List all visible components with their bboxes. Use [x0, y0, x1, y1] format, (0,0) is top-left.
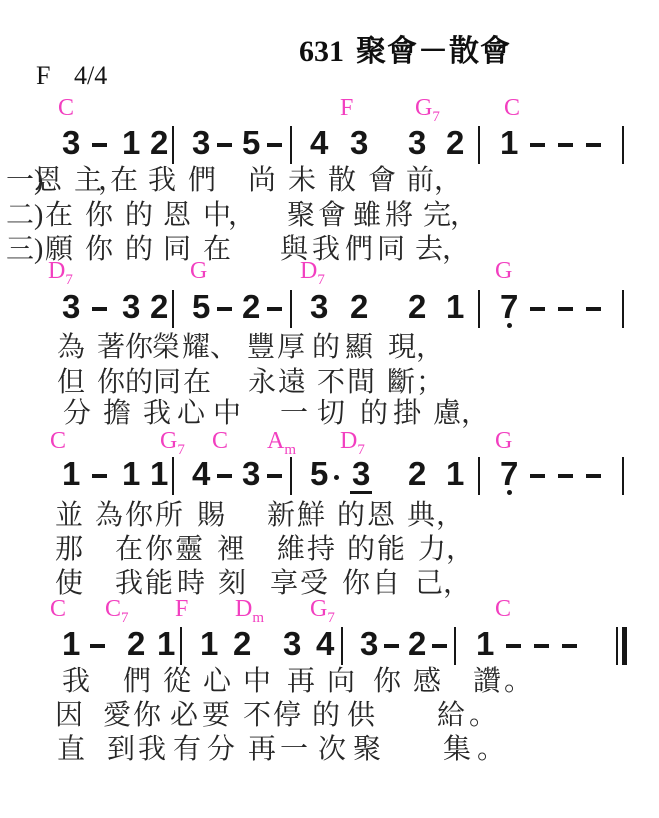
- chord-subscript: 7: [317, 272, 325, 288]
- duration-dash: [558, 143, 573, 147]
- lyric-char: 你: [373, 667, 401, 696]
- lyric-char: 從: [163, 667, 191, 696]
- duration-dash: [217, 474, 232, 478]
- lyric-char: 新: [267, 501, 295, 530]
- lyric-char: 賜: [197, 501, 225, 530]
- note-digit: 5: [242, 126, 260, 159]
- lyric-char: 心: [203, 667, 231, 696]
- lyric-char: 受: [300, 569, 328, 598]
- lyric-char: 完: [423, 201, 451, 230]
- chord-subscript: 7: [432, 109, 440, 125]
- lyric-char: 為: [57, 333, 85, 362]
- note-digit: 3: [122, 290, 140, 323]
- lyric-char: 的: [347, 535, 375, 564]
- lyric-char: 因: [55, 701, 83, 730]
- duration-dash: [530, 474, 545, 478]
- chord-subscript: 7: [177, 442, 185, 458]
- lyric-char: 的: [125, 368, 153, 397]
- note-digit: 1: [500, 126, 518, 159]
- duration-dash: [217, 143, 232, 147]
- note-digit: 1: [446, 457, 464, 490]
- lyric-char: 你: [85, 201, 113, 230]
- key-signature: F: [36, 61, 50, 91]
- lyric-char: 己: [415, 569, 443, 598]
- duration-dash: [432, 644, 447, 648]
- lyric-char: 。: [477, 735, 505, 764]
- lyric-char: 們: [123, 667, 151, 696]
- lyric-char: 力: [418, 535, 446, 564]
- note-digit: 1: [62, 627, 80, 660]
- barline: [622, 290, 624, 328]
- chord-symbol-G7: G7: [415, 95, 440, 121]
- lyric-char: 你: [145, 535, 173, 564]
- lyric-char: 為: [95, 501, 123, 530]
- note-digit: 2: [408, 627, 426, 660]
- lyric-char: 靈: [175, 535, 203, 564]
- note-digit: 4: [316, 627, 334, 660]
- lyric-char: 在: [115, 535, 143, 564]
- system4-lyrics-verse3: 直到我有分再一次聚集。: [0, 735, 659, 775]
- lyric-char: 著: [97, 333, 125, 362]
- lyric-char: ，: [443, 569, 471, 598]
- lyric-char: 顯: [345, 333, 373, 362]
- lyric-char: ，: [461, 399, 489, 428]
- lyric-char: 到: [107, 735, 135, 764]
- chord-symbol-Am: Am: [267, 428, 296, 454]
- note-digit: 1: [150, 457, 168, 490]
- duration-dash: [384, 644, 399, 648]
- lyric-char: 聚: [353, 735, 381, 764]
- lyric-char: ，: [450, 201, 478, 230]
- barline: [454, 627, 456, 665]
- lyric-char: 所: [155, 501, 183, 530]
- lyric-char: 停: [273, 701, 301, 730]
- lyric-char: 你: [125, 501, 153, 530]
- barline: [172, 290, 174, 328]
- barline: [290, 126, 292, 164]
- lyric-char: 耀: [182, 333, 210, 362]
- lyric-char: 恩: [34, 166, 62, 195]
- lyric-char: 你: [97, 368, 125, 397]
- lyric-char: 尚: [248, 166, 276, 195]
- lyric-char: 讚: [473, 667, 501, 696]
- note-digit: 3: [283, 627, 301, 660]
- barline: [478, 457, 480, 495]
- system1-notes-row: 3123543321: [0, 126, 659, 166]
- lyric-char: 直: [57, 735, 85, 764]
- lyric-char: 。: [504, 667, 532, 696]
- lyric-char: 我: [143, 399, 171, 428]
- lyric-char: 供: [347, 701, 375, 730]
- lyric-char: 現: [388, 333, 416, 362]
- lyric-char: 能: [145, 569, 173, 598]
- duration-dash: [92, 474, 107, 478]
- lyric-char: 我: [115, 569, 143, 598]
- lyric-char: 會: [318, 201, 346, 230]
- barline: [290, 457, 292, 495]
- lyric-char: 自: [372, 569, 400, 598]
- barline: [290, 290, 292, 328]
- low-octave-dot: [507, 323, 512, 328]
- lyric-char: 散: [328, 166, 356, 195]
- chord-symbol-C: C: [495, 596, 511, 622]
- lyric-char: 次: [318, 735, 346, 764]
- chord-subscript: 7: [65, 272, 73, 288]
- chord-symbol-C7: C7: [105, 596, 129, 622]
- lyric-char: 裡: [217, 535, 245, 564]
- low-octave-dot: [507, 490, 512, 495]
- note-digit: 4: [310, 126, 328, 159]
- lyric-char: 永: [248, 368, 276, 397]
- lyric-char: 掛: [393, 399, 421, 428]
- lyric-char: 未: [288, 166, 316, 195]
- duration-dash: [586, 474, 601, 478]
- note-digit: 2: [150, 126, 168, 159]
- chord-symbol-F: F: [175, 596, 188, 622]
- lyric-char: 同: [153, 368, 181, 397]
- lyric-char: 中: [203, 201, 231, 230]
- lyric-char: 刻: [218, 569, 246, 598]
- lyric-char: 能: [377, 535, 405, 564]
- lyric-char: 你: [125, 333, 153, 362]
- lyric-char: 典: [407, 501, 435, 530]
- lyric-char: 不: [243, 701, 271, 730]
- note-digit: 4: [192, 457, 210, 490]
- lyric-char: ，: [416, 333, 444, 362]
- note-digit: 3: [360, 627, 378, 660]
- lyric-char: ，: [434, 166, 462, 195]
- lyric-char: 慮: [433, 399, 461, 428]
- lyric-char: 的: [312, 333, 340, 362]
- duration-dash: [217, 307, 232, 311]
- lyric-char: 你: [133, 701, 161, 730]
- barline: [622, 126, 624, 164]
- hymn-title: 聚會－散會: [356, 35, 511, 68]
- lyric-char: ；: [416, 368, 444, 397]
- note-digit: 2: [242, 290, 260, 323]
- chord-symbol-C: C: [50, 596, 66, 622]
- lyric-char: 但: [57, 368, 85, 397]
- lyric-char: 集: [443, 735, 471, 764]
- lyric-char: 的: [125, 201, 153, 230]
- note-digit: 3: [310, 290, 328, 323]
- lyric-char: 我: [62, 667, 90, 696]
- duration-dash: [506, 644, 521, 648]
- chord-symbol-C: C: [58, 95, 74, 121]
- duration-dash: [90, 644, 105, 648]
- duration-dash: [530, 307, 545, 311]
- duration-dash: [92, 307, 107, 311]
- note-digit: 3: [352, 457, 370, 490]
- lyric-char: 。: [469, 701, 497, 730]
- note-digit: 7: [500, 457, 518, 490]
- note-digit: 3: [62, 290, 80, 323]
- duration-dash: [267, 143, 282, 147]
- barline: [622, 457, 624, 495]
- duration-dash: [267, 474, 282, 478]
- lyric-char: 向: [327, 667, 355, 696]
- system4-notes-row: 1211234321: [0, 627, 659, 667]
- lyric-char: 間: [347, 368, 375, 397]
- lyric-char: 中: [213, 399, 241, 428]
- duration-dash: [586, 143, 601, 147]
- lyric-char: 使: [55, 569, 83, 598]
- chord-subscript: 7: [121, 610, 129, 626]
- lyric-char: 的: [312, 701, 340, 730]
- page-title: 631聚會－散會: [299, 26, 511, 70]
- lyric-char: 愛: [103, 701, 131, 730]
- system2-notes-row: 3325232217: [0, 290, 659, 330]
- lyric-char: 恩: [367, 501, 395, 530]
- lyric-char: 豐: [247, 333, 275, 362]
- barline: [341, 627, 343, 665]
- lyric-char: 中: [243, 667, 271, 696]
- duration-dash: [558, 307, 573, 311]
- note-digit: 3: [242, 457, 260, 490]
- duration-dash: [267, 307, 282, 311]
- note-digit: 2: [127, 627, 145, 660]
- lyric-char: 前: [406, 166, 434, 195]
- final-double-barline: [616, 627, 627, 665]
- lyric-char: 斷: [387, 368, 415, 397]
- lyric-char: ，: [436, 501, 464, 530]
- note-digit: 3: [62, 126, 80, 159]
- lyric-char: 擔: [103, 399, 131, 428]
- note-digit: 2: [408, 457, 426, 490]
- lyric-char: 再: [248, 735, 276, 764]
- chord-symbol-C: C: [212, 428, 228, 454]
- lyric-char: 持: [307, 535, 335, 564]
- eighth-note-underline: [350, 491, 372, 494]
- lyric-char: 的: [360, 399, 388, 428]
- lyric-char: 心: [177, 399, 205, 428]
- lyric-char: 恩: [163, 201, 191, 230]
- duration-dash: [562, 644, 577, 648]
- lyric-char: 一: [280, 735, 308, 764]
- lyric-char: 分: [207, 735, 235, 764]
- lyric-char: 我: [138, 735, 166, 764]
- note-digit: 3: [408, 126, 426, 159]
- note-digit: 2: [233, 627, 251, 660]
- lyric-char: 享: [270, 569, 298, 598]
- note-digit: 5: [310, 457, 328, 490]
- note-digit: 1: [157, 627, 175, 660]
- lyric-char: 在: [45, 201, 73, 230]
- lyric-char: 一: [280, 399, 308, 428]
- chord-symbol-Dm: Dm: [235, 596, 264, 622]
- note-digit: 1: [122, 457, 140, 490]
- augmentation-dot: [334, 475, 339, 480]
- note-digit: 3: [350, 126, 368, 159]
- lyric-char: 切: [317, 399, 345, 428]
- lyric-char: 二): [6, 201, 43, 230]
- note-digit: 1: [200, 627, 218, 660]
- lyric-char: 會: [368, 166, 396, 195]
- chord-symbol-G: G: [495, 258, 512, 284]
- lyric-char: 將: [385, 201, 413, 230]
- duration-dash: [558, 474, 573, 478]
- chord-subscript: m: [284, 442, 296, 458]
- note-digit: 2: [408, 290, 426, 323]
- duration-dash: [586, 307, 601, 311]
- note-digit: 1: [122, 126, 140, 159]
- lyric-char: 在: [183, 368, 211, 397]
- lyric-char: 再: [287, 667, 315, 696]
- note-digit: 5: [192, 290, 210, 323]
- system3-notes-row: 1114353217: [0, 457, 659, 497]
- lyric-char: 要: [202, 701, 230, 730]
- note-digit: 3: [192, 126, 210, 159]
- chord-symbol-C: C: [50, 428, 66, 454]
- time-signature: 4/4: [74, 61, 107, 91]
- note-digit: 1: [62, 457, 80, 490]
- lyric-char: 我: [148, 166, 176, 195]
- note-digit: 2: [350, 290, 368, 323]
- note-digit: 2: [150, 290, 168, 323]
- lyric-char: 的: [337, 501, 365, 530]
- barline: [478, 126, 480, 164]
- duration-dash: [92, 143, 107, 147]
- lyric-char: 必: [170, 701, 198, 730]
- lyric-char: 聚: [287, 201, 315, 230]
- barline: [180, 627, 182, 665]
- lyric-char: 時: [177, 569, 205, 598]
- chord-symbol-G7: G7: [310, 596, 335, 622]
- lyric-char: 那: [55, 535, 83, 564]
- lyric-char: 有: [173, 735, 201, 764]
- lyric-char: 給: [437, 701, 465, 730]
- chord-symbol-G7: G7: [160, 428, 185, 454]
- barline: [478, 290, 480, 328]
- lyric-char: 不: [317, 368, 345, 397]
- duration-dash: [530, 143, 545, 147]
- note-digit: 2: [446, 126, 464, 159]
- chord-symbol-D7: D7: [48, 258, 73, 284]
- note-digit: 7: [500, 290, 518, 323]
- chord-symbol-C: C: [504, 95, 520, 121]
- lyric-char: 維: [277, 535, 305, 564]
- hymn-sheet-page: 631聚會－散會 F 4/4 CFG7C 3123543321 一)恩主，在我們…: [0, 0, 659, 818]
- lyric-char: 們: [188, 166, 216, 195]
- lyric-char: ，: [446, 535, 474, 564]
- lyric-char: ，: [228, 201, 256, 230]
- lyric-char: 遠: [278, 368, 306, 397]
- chord-symbol-D7: D7: [340, 428, 365, 454]
- barline: [172, 126, 174, 164]
- hymn-number: 631: [299, 35, 344, 68]
- lyric-char: 在: [110, 166, 138, 195]
- chord-subscript: m: [252, 610, 264, 626]
- note-digit: 1: [446, 290, 464, 323]
- barline: [172, 457, 174, 495]
- lyric-char: 厚: [277, 333, 305, 362]
- lyric-char: 你: [342, 569, 370, 598]
- note-digit: 1: [476, 627, 494, 660]
- lyric-char: 鮮: [297, 501, 325, 530]
- chord-symbol-D7: D7: [300, 258, 325, 284]
- lyric-char: 榮: [152, 333, 180, 362]
- chord-symbol-F: F: [340, 95, 353, 121]
- lyric-char: 、: [210, 333, 238, 362]
- lyric-char: 並: [55, 501, 83, 530]
- duration-dash: [534, 644, 549, 648]
- lyric-char: 雖: [353, 201, 381, 230]
- lyric-char: 分: [63, 399, 91, 428]
- lyric-char: 感: [413, 667, 441, 696]
- chord-symbol-G: G: [190, 258, 207, 284]
- chord-subscript: 7: [327, 610, 335, 626]
- chord-symbol-G: G: [495, 428, 512, 454]
